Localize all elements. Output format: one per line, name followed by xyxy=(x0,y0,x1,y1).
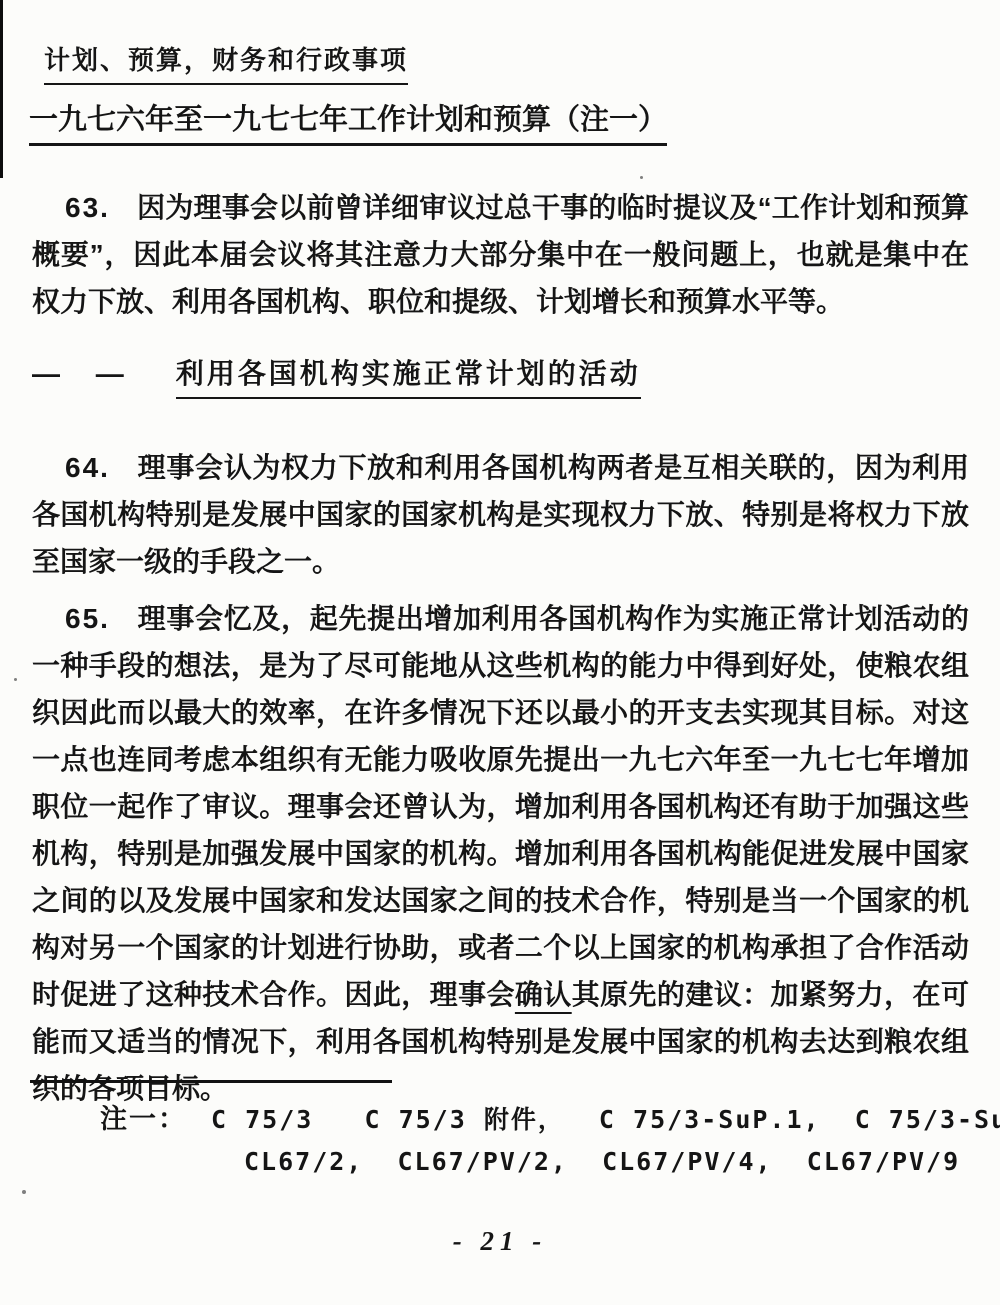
category-heading: 计划、预算，财务和行政事项 xyxy=(44,40,408,77)
paragraph-64-text: 理事会认为权力下放和利用各国机构两者是互相关联的，因为利用各国机构特别是发展中国… xyxy=(32,452,969,577)
scan-speckle xyxy=(14,678,17,681)
footnote-references-1: C 75/3 C 75/3 附件， C 75/3-SuP.1, C 75/3-S… xyxy=(211,1105,1000,1134)
page-title-text: 一九七六年至一九七七年工作计划和预算（注一） xyxy=(29,104,667,146)
page-title: 一九七六年至一九七七年工作计划和预算（注一） xyxy=(29,97,667,138)
document-page: 计划、预算，财务和行政事项 一九七六年至一九七七年工作计划和预算（注一） 63.… xyxy=(0,0,1000,1305)
subheading-label: 利用各国机构实施正常计划的活动 xyxy=(176,358,641,399)
paragraph-64-number: 64. xyxy=(65,452,110,483)
paragraph-65: 65.理事会忆及，起先提出增加利用各国机构作为实施正常计划活动的一种手段的想法，… xyxy=(32,595,969,1112)
subheading-dash-marker: — — xyxy=(32,358,138,389)
footnote-marker: 注一： xyxy=(100,1104,187,1134)
paragraph-64: 64.理事会认为权力下放和利用各国机构两者是互相关联的，因为利用各国机构特别是发… xyxy=(32,444,969,585)
scan-edge-artifact xyxy=(0,0,3,178)
paragraph-63-text: 因为理事会以前曾详细审议过总干事的临时提议及“工作计划和预算概要”，因此本届会议… xyxy=(32,192,969,317)
scan-speckle xyxy=(22,1190,26,1194)
footnote-line-2: CL67/2, CL67/PV/2, CL67/PV/4, CL67/PV/9 xyxy=(244,1147,960,1176)
footnote-references-2: CL67/2, CL67/PV/2, CL67/PV/4, CL67/PV/9 xyxy=(244,1147,960,1176)
section-subheading: — —利用各国机构实施正常计划的活动 xyxy=(32,352,641,392)
paragraph-65-text-before: 理事会忆及，起先提出增加利用各国机构作为实施正常计划活动的一种手段的想法，是为了… xyxy=(32,603,969,1010)
page-number: - 21 - xyxy=(0,1226,1000,1257)
footnote-divider xyxy=(30,1080,392,1083)
footnote-line-1: 注一：C 75/3 C 75/3 附件， C 75/3-SuP.1, C 75/… xyxy=(100,1097,1000,1136)
paragraph-63-number: 63. xyxy=(65,192,110,223)
scan-speckle xyxy=(640,176,643,179)
paragraph-63: 63.因为理事会以前曾详细审议过总干事的临时提议及“工作计划和预算概要”，因此本… xyxy=(32,184,969,325)
category-heading-text: 计划、预算，财务和行政事项 xyxy=(44,45,408,85)
paragraph-65-number: 65. xyxy=(65,603,110,634)
paragraph-65-underlined-word: 确认 xyxy=(515,979,572,1010)
